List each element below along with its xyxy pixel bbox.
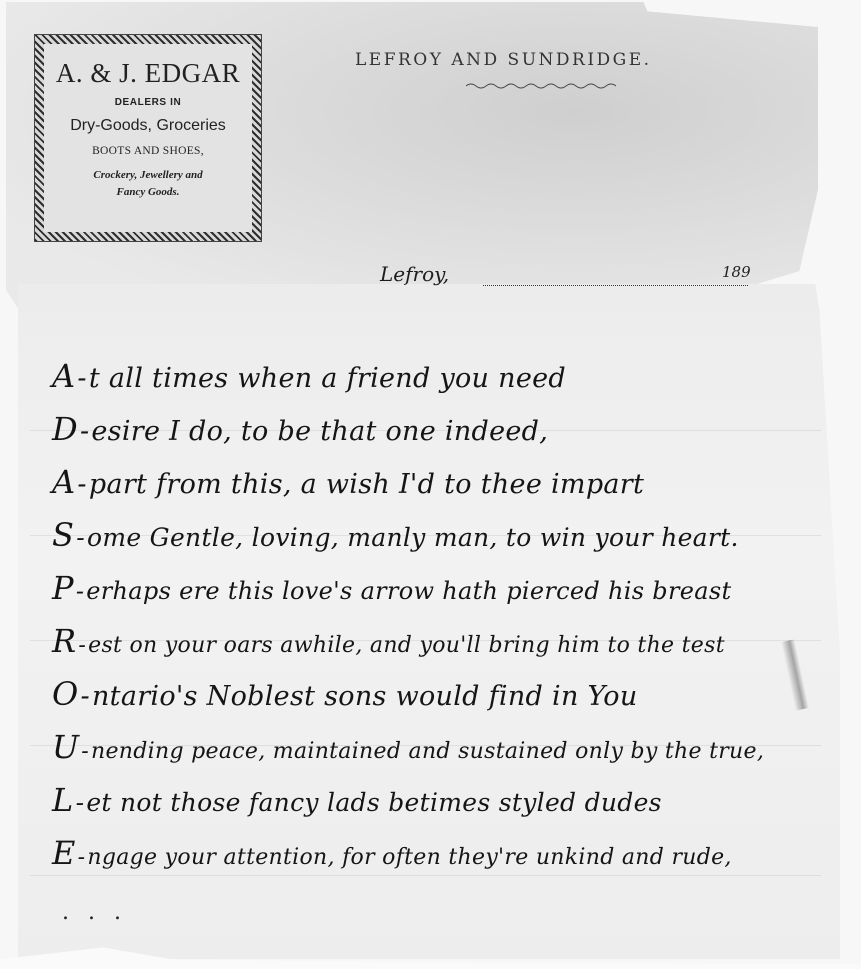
acrostic-initial: R <box>52 622 76 660</box>
acrostic-initial: A <box>52 463 75 501</box>
merchant-goods-line3a: Crockery, Jewellery and <box>93 169 202 181</box>
poem-line-text: et not those fancy lads betimes styled d… <box>86 788 662 817</box>
acrostic-initial: A <box>52 357 75 395</box>
poem-line-text: est on your oars awhile, and you'll brin… <box>88 633 725 658</box>
dateline-place: Lefroy, <box>380 262 449 286</box>
poem-line: R-est on your oars awhile, and you'll br… <box>52 615 832 668</box>
poem-line-text: esire I do, to be that one indeed, <box>91 416 548 447</box>
merchant-goods-line3: Crockery, Jewellery and Fancy Goods. <box>44 167 252 201</box>
poem-line: E-ngage your attention, for often they'r… <box>52 827 832 880</box>
poem-line-text: ngage your attention, for often they're … <box>87 845 731 870</box>
acrostic-initial: E <box>52 834 76 872</box>
poem-line-text: t all times when a friend you need <box>89 363 566 394</box>
handwritten-poem: A-t all times when a friend you need D-e… <box>52 350 832 880</box>
decorative-squiggle-icon <box>466 82 616 90</box>
acrostic-initial: S <box>52 516 74 554</box>
poem-line: P-erhaps ere this love's arrow hath pier… <box>52 562 832 615</box>
letterhead-title: LEFROY AND SUNDRIDGE. <box>355 50 652 70</box>
poem-line-text: nending peace, maintained and sustained … <box>91 739 764 764</box>
poem-line: S-ome Gentle, loving, manly man, to win … <box>52 509 832 562</box>
poem-line-text: erhaps ere this love's arrow hath pierce… <box>86 577 731 605</box>
acrostic-initial: L <box>52 781 74 819</box>
merchant-goods-line3b: Fancy Goods. <box>117 186 180 198</box>
merchant-advertisement-box: A. & J. EDGAR DEALERS IN Dry-Goods, Groc… <box>35 35 261 241</box>
acrostic-initial: O <box>52 675 79 713</box>
poem-line: A-part from this, a wish I'd to thee imp… <box>52 456 832 509</box>
poem-line-text: ome Gentle, loving, manly man, to win yo… <box>87 523 739 552</box>
acrostic-initial: D <box>52 410 78 448</box>
dateline-blank <box>483 285 748 286</box>
poem-line-text: ntario's Noblest sons would find in You <box>92 681 638 712</box>
merchant-goods-line2: BOOTS AND SHOES, <box>44 145 252 157</box>
dateline-year-prefix: 189 <box>722 263 751 281</box>
poem-line-text: part from this, a wish I'd to thee impar… <box>89 469 644 500</box>
poem-line: U-nending peace, maintained and sustaine… <box>52 721 832 774</box>
poem-line: D-esire I do, to be that one indeed, <box>52 403 832 456</box>
trailing-ink-marks: . . . <box>62 900 127 925</box>
poem-line: O-ntario's Noblest sons would find in Yo… <box>52 668 832 721</box>
acrostic-initial: U <box>52 728 79 766</box>
merchant-dealers-in: DEALERS IN <box>44 97 252 108</box>
acrostic-initial: P <box>52 569 74 607</box>
poem-line: L-et not those fancy lads betimes styled… <box>52 774 832 827</box>
merchant-name: A. & J. EDGAR <box>44 58 252 89</box>
merchant-goods-line1: Dry-Goods, Groceries <box>44 117 252 135</box>
poem-line: A-t all times when a friend you need <box>52 350 832 403</box>
